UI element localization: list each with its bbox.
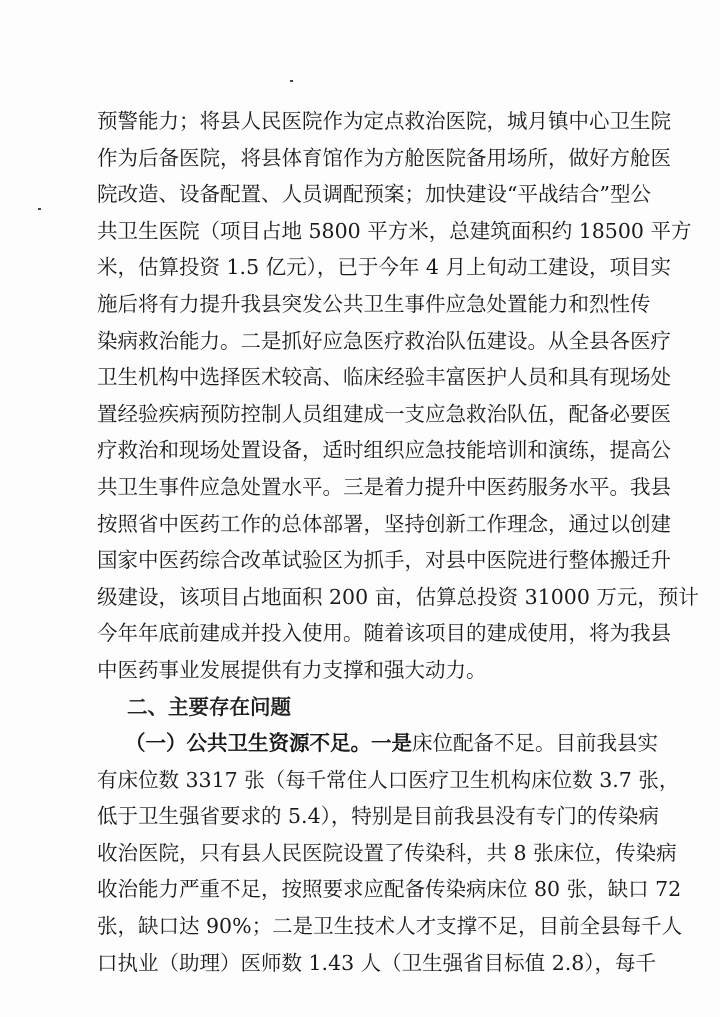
text-line: 有床位数 3317 张（每千常住人口医疗卫生机构床位数 3.7 张， (97, 762, 642, 799)
text-line: 收治能力严重不足，按照要求应配备传染病床位 80 张，缺口 72 (97, 871, 642, 908)
text-line: 中医药事业发展提供有力支撑和强大动力。 (97, 652, 642, 689)
text-line: 按照省中医药工作的总体部署，坚持创新工作理念，通过以创建 (97, 506, 642, 543)
text-line: 今年年底前建成并投入使用。随着该项目的建成使用，将为我县 (97, 615, 642, 652)
text-line: 收治医院，只有县人民医院设置了传染科，共 8 张床位，传染病 (97, 835, 642, 872)
text-line: 共卫生医院（项目占地 5800 平方米，总建筑面积约 18500 平方 (97, 213, 642, 250)
scan-speck (38, 208, 41, 210)
text-line: 置经验疾病预防控制人员组建成一支应急救治队伍，配备必要医 (97, 396, 642, 433)
subsection-first-line: （一）公共卫生资源不足。一是床位配备不足。目前我县实 (97, 725, 642, 762)
scan-speck (290, 80, 293, 82)
text-line: 卫生机构中选择医术较高、临床经验丰富医护人员和具有现场处 (97, 359, 642, 396)
text-line: 级建设，该项目占地面积 200 亩，估算总投资 31000 万元，预计 (97, 579, 642, 616)
text-fragment: 床位配备不足。目前我县实 (412, 731, 658, 755)
text-line: 疗救治和现场处置设备，适时组织应急技能培训和演练，提高公 (97, 432, 642, 469)
subsection: （一）公共卫生资源不足。一是床位配备不足。目前我县实 有床位数 3317 张（每… (97, 725, 642, 981)
text-line: 口执业（助理）医师数 1.43 人（卫生强省目标值 2.8），每千 (97, 945, 642, 982)
text-line: 预警能力；将县人民医院作为定点救治医院，城月镇中心卫生院 (97, 103, 642, 140)
text-line: 张，缺口达 90%；二是卫生技术人才支撑不足，目前全县每千人 (97, 908, 642, 945)
text-line: 国家中医药综合改革试验区为抓手，对县中医院进行整体搬迁升 (97, 542, 642, 579)
paragraph-body: 预警能力；将县人民医院作为定点救治医院，城月镇中心卫生院 作为后备医院，将县体育… (97, 103, 642, 689)
section-heading: 二、主要存在问题 (97, 689, 642, 726)
text-line: 施后将有力提升我县突发公共卫生事件应急处置能力和烈性传 (97, 286, 642, 323)
text-line: 作为后备医院，将县体育馆作为方舱医院备用场所，做好方舱医 (97, 140, 642, 177)
subsection-title: （一）公共卫生资源不足。一是 (125, 731, 412, 755)
text-line: 共卫生事件应急处置水平。三是着力提升中医药服务水平。我县 (97, 469, 642, 506)
document-page: 预警能力；将县人民医院作为定点救治医院，城月镇中心卫生院 作为后备医院，将县体育… (97, 103, 642, 981)
text-line: 低于卫生强省要求的 5.4），特别是目前我县没有专门的传染病 (97, 798, 642, 835)
text-line: 米，估算投资 1.5 亿元），已于今年 4 月上旬动工建设，项目实 (97, 249, 642, 286)
text-line: 院改造、设备配置、人员调配预案；加快建设“平战结合”型公 (97, 176, 642, 213)
text-line: 染病救治能力。二是抓好应急医疗救治队伍建设。从全县各医疗 (97, 323, 642, 360)
